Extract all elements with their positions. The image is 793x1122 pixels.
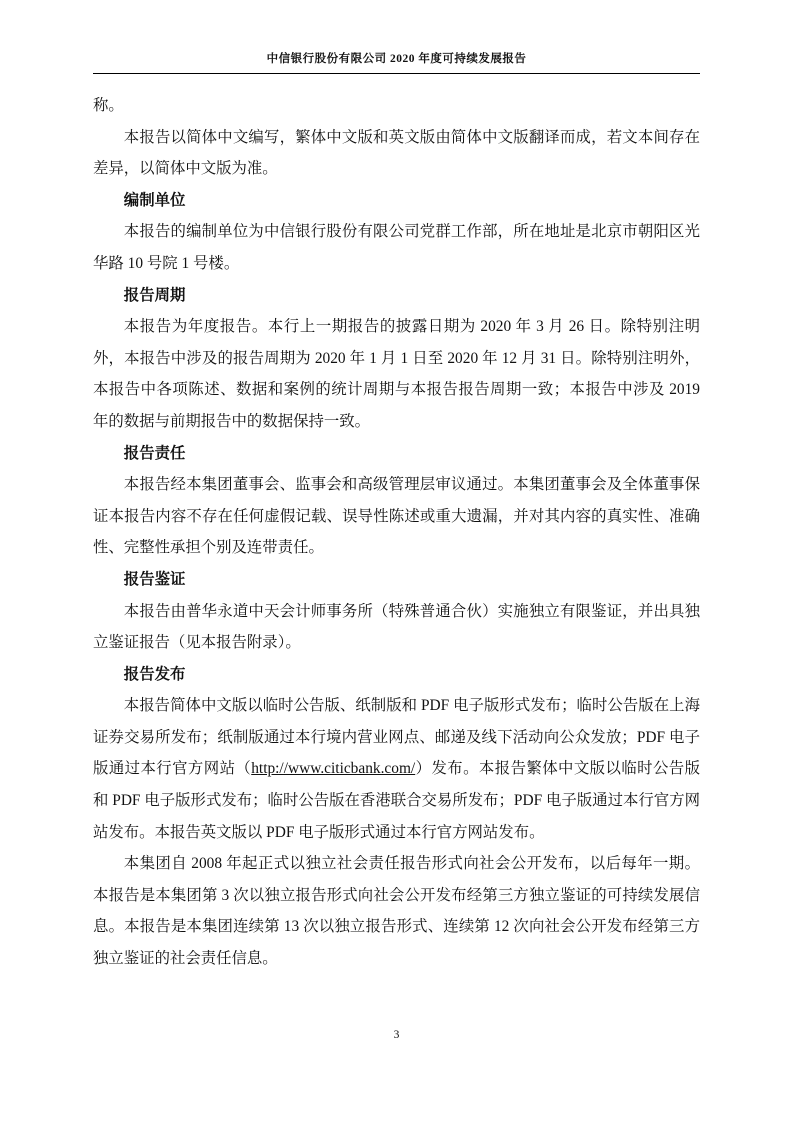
section-heading: 报告鉴证 [93, 564, 700, 596]
section-heading: 报告责任 [93, 438, 700, 470]
paragraph: 称。 [93, 90, 700, 122]
paragraph: 本报告简体中文版以临时公告版、纸制版和 PDF 电子版形式发布；临时公告版在上海… [93, 690, 700, 848]
header-title: 中信银行股份有限公司 2020 年度可持续发展报告 [93, 50, 700, 66]
document-page: 中信银行股份有限公司 2020 年度可持续发展报告 称。本报告以简体中文编写，繁… [0, 0, 793, 1122]
citicbank-website-link[interactable]: http://www.citicbank.com/ [251, 760, 415, 777]
page-footer: 3 [0, 1025, 793, 1043]
paragraph: 本报告经本集团董事会、监事会和高级管理层审议通过。本集团董事会及全体董事保证本报… [93, 469, 700, 564]
section-heading: 报告发布 [93, 659, 700, 691]
paragraph: 本报告为年度报告。本行上一期报告的披露日期为 2020 年 3 月 26 日。除… [93, 311, 700, 437]
paragraph: 本报告由普华永道中天会计师事务所（特殊普通合伙）实施独立有限鉴证，并出具独立鉴证… [93, 596, 700, 659]
document-body: 称。本报告以简体中文编写，繁体中文版和英文版由简体中文版翻译而成，若文本间存在差… [93, 90, 700, 975]
header-rule [93, 73, 700, 74]
paragraph: 本报告的编制单位为中信银行股份有限公司党群工作部，所在地址是北京市朝阳区光华路 … [93, 216, 700, 279]
page-header: 中信银行股份有限公司 2020 年度可持续发展报告 [93, 50, 700, 74]
paragraph: 本集团自 2008 年起正式以独立社会责任报告形式向社会公开发布，以后每年一期。… [93, 848, 700, 974]
page-number: 3 [394, 1029, 400, 1041]
paragraph: 本报告以简体中文编写，繁体中文版和英文版由简体中文版翻译而成，若文本间存在差异，… [93, 122, 700, 185]
section-heading: 报告周期 [93, 280, 700, 312]
section-heading: 编制单位 [93, 185, 700, 217]
